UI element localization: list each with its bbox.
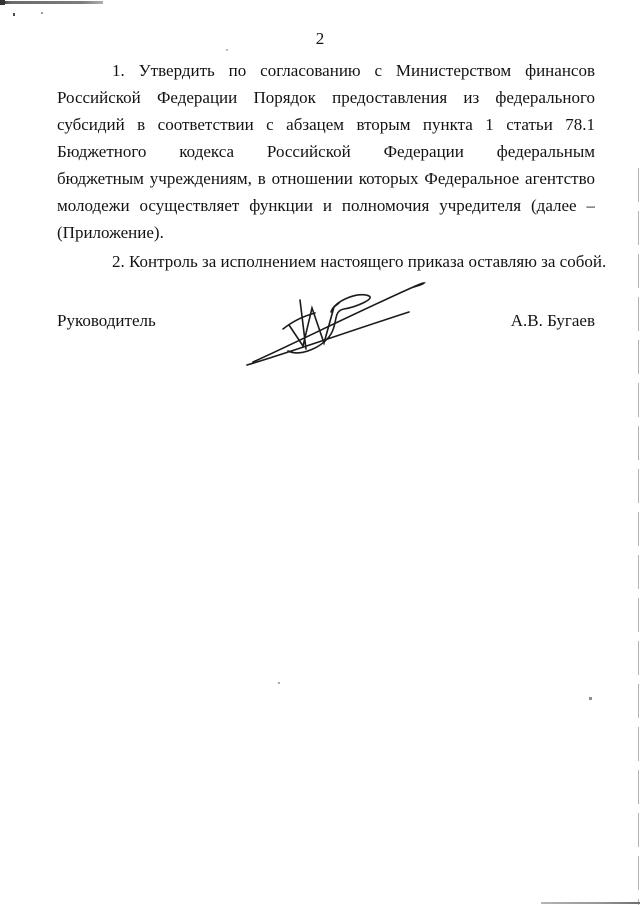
paragraph-line: 1. Утвердить по согласованию с Министерс… [57, 57, 595, 84]
scan-speck [589, 697, 592, 700]
scan-artifact-top-bar-tip [0, 0, 5, 5]
scan-speck [226, 49, 228, 51]
order-item-1-paragraph: 1. Утвердить по согласованию с Министерс… [57, 57, 595, 246]
paragraph-line: бюджетным учреждениям, в отношении котор… [57, 165, 595, 192]
signer-position-label: Руководитель [57, 311, 156, 331]
paragraph-line: молодежи осуществляет функции и полномоч… [57, 192, 595, 219]
scan-speck [13, 13, 15, 16]
paragraph-line: Бюджетного кодекса Российской Федерации … [57, 138, 595, 165]
scan-speck [278, 682, 280, 684]
scan-artifact-right-edge-line [638, 168, 639, 905]
paragraph-line: Российской Федерации Порядок предоставле… [57, 84, 595, 111]
paragraph-line: (Приложение). [57, 219, 595, 246]
scan-artifact-bottom-edge-line [541, 902, 640, 904]
paragraph-line: субсидий в соответствии с абзацем вторым… [57, 111, 595, 138]
order-item-2-paragraph: 2. Контроль за исполнением настоящего пр… [57, 248, 640, 275]
signer-name: А.В. Бугаев [511, 311, 595, 331]
scan-speck [41, 12, 43, 14]
page-number: 2 [0, 29, 640, 49]
scan-artifact-top-bar [0, 1, 103, 4]
signature-scribble-icon [243, 272, 428, 367]
document-page: 2 1. Утвердить по согласованию с Министе… [0, 0, 640, 905]
